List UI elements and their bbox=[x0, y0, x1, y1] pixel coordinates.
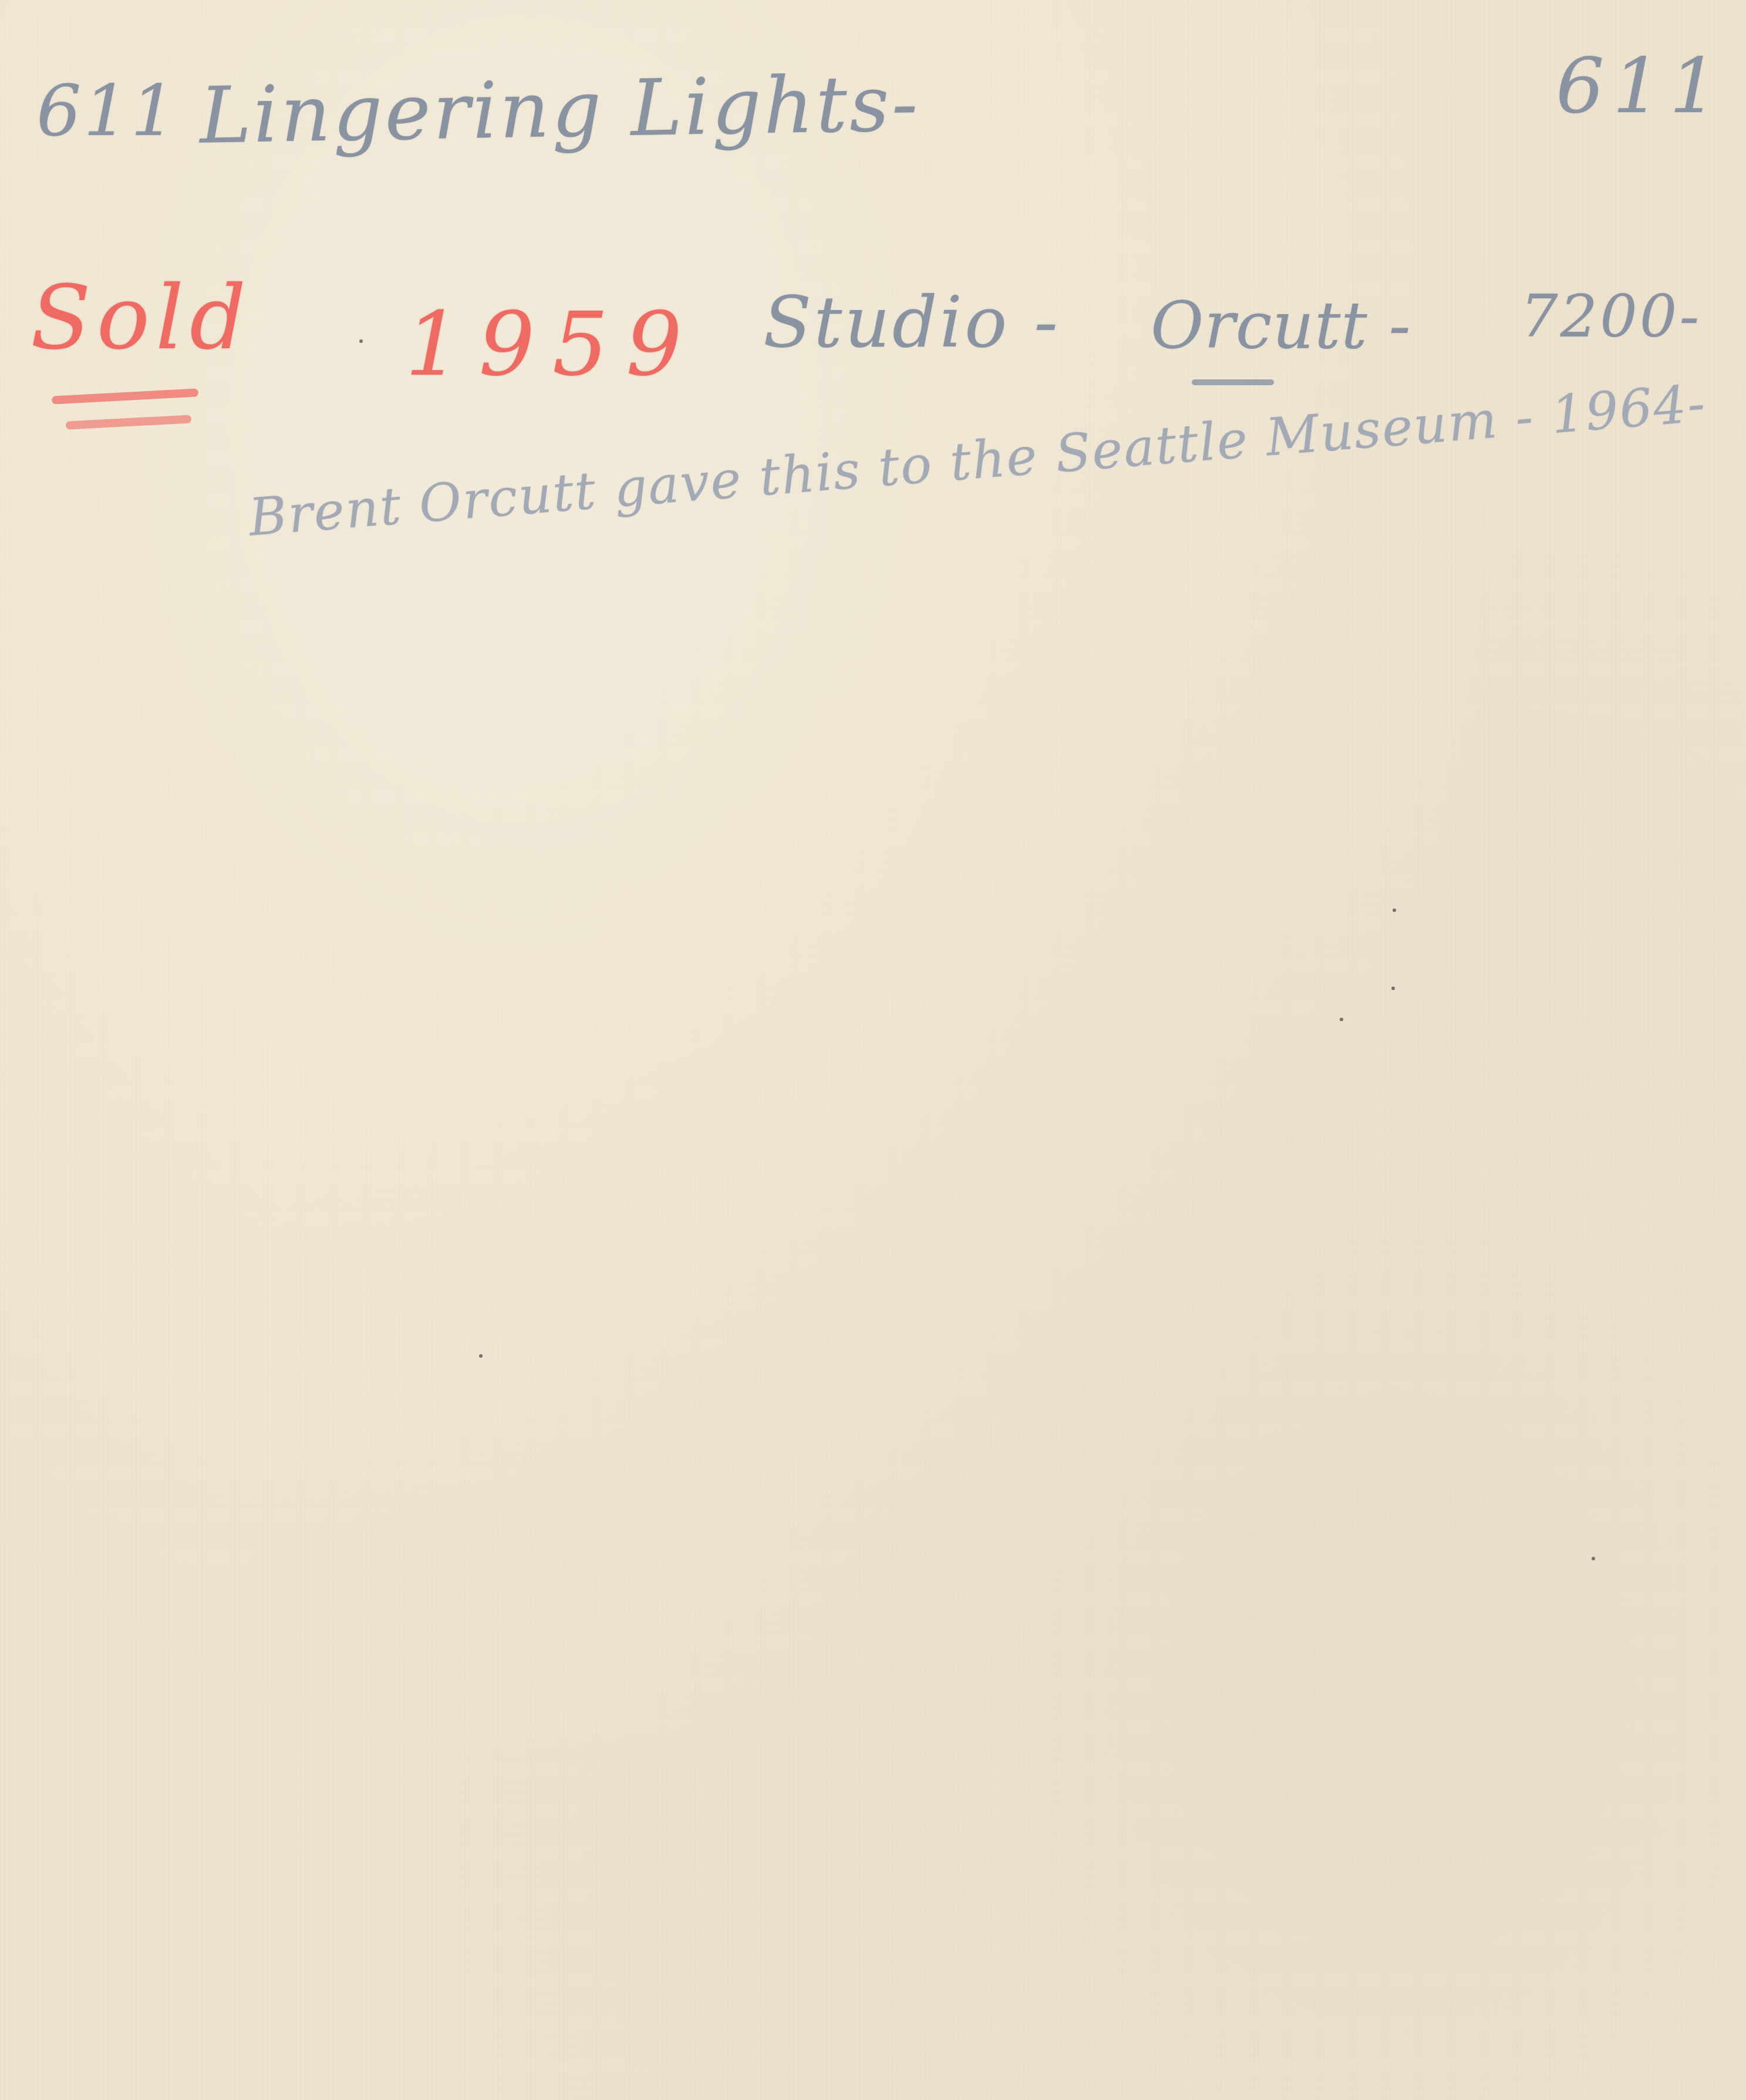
buyer-name: Orcutt - bbox=[1151, 288, 1411, 363]
paper-speck bbox=[1391, 987, 1395, 990]
paper-speck bbox=[359, 339, 363, 343]
sold-status: Sold bbox=[31, 267, 252, 369]
catalog-number-left: 611 bbox=[36, 70, 178, 152]
sale-year: 1959 bbox=[405, 294, 700, 396]
paper-speck bbox=[1340, 1018, 1343, 1021]
paper-speck bbox=[1592, 1557, 1595, 1560]
catalog-number-right: 611 bbox=[1556, 41, 1726, 130]
paper-speck bbox=[1393, 908, 1396, 912]
sold-underline-bottom bbox=[66, 415, 191, 429]
sold-underline-top bbox=[52, 388, 198, 404]
buyer-underline bbox=[1192, 379, 1274, 385]
sale-location: Studio - bbox=[763, 282, 1060, 364]
sale-price: 7200- bbox=[1521, 282, 1701, 351]
artwork-title: Lingering Lights- bbox=[199, 58, 921, 161]
paper-speck bbox=[479, 1354, 483, 1358]
record-card: 611 Lingering Lights- 611 Sold 1959 Stud… bbox=[0, 0, 1746, 2100]
provenance-note: Brent Orcutt gave this to the Seattle Mu… bbox=[247, 373, 1708, 548]
